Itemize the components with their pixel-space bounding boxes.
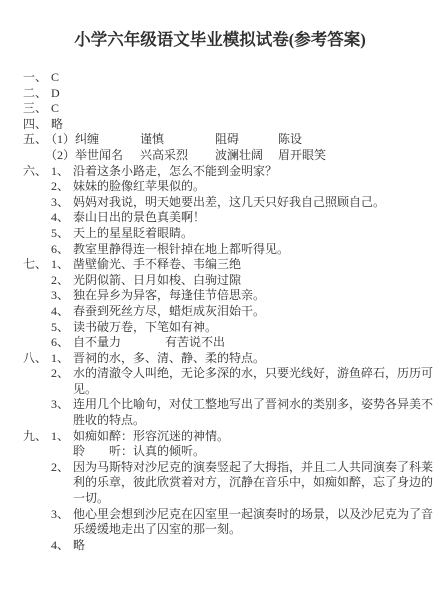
item-number: 1、 (51, 164, 73, 180)
answer-row: 3、 连用几个比喻句，对仗工整地写出了晋祠水的类别多，姿势各异美不胜收的特点。 (23, 397, 437, 428)
word-list: 纠缠谨慎阻碍陈设 (75, 132, 437, 148)
word: 陈设 (278, 132, 302, 148)
item-text: 天上的星星眨着眼睛。 (73, 226, 437, 242)
word: 阻碍 (215, 132, 278, 148)
item-text: 晋祠的水，多、清、静、柔的特点。 (73, 351, 437, 367)
section-label: 八、 (23, 351, 51, 367)
item-number: 1、 (51, 351, 73, 367)
item-number: 5、 (51, 226, 73, 242)
answer-row: （2） 举世闻名兴高采烈波澜壮阔眉开眼笑 (23, 148, 437, 164)
item-number: 3、 (51, 195, 73, 211)
answer-row: 八、 1、 晋祠的水，多、清、静、柔的特点。 (23, 351, 437, 367)
answer-row: 3、 妈妈对我说，明天她要出差，这几天只好我自己照顾自己。 (23, 195, 437, 211)
answer-text: 略 (51, 117, 437, 133)
item-text: 自不量力有苦说不出 (73, 335, 437, 351)
item-number: （1） (45, 132, 75, 148)
word: 眉开眼笑 (278, 148, 326, 164)
item-text: 妈妈对我说，明天她要出差，这几天只好我自己照顾自己。 (73, 195, 437, 211)
answer-row: 一、 C (23, 70, 437, 86)
item-text: 水的清澈令人叫绝，无论多深的水，只要光线好，游鱼碎石，历历可见。 (73, 366, 437, 397)
word: 谨慎 (140, 132, 215, 148)
answer-row: 三、 C (23, 101, 437, 117)
exam-answer-sheet: 小学六年级语文毕业模拟试卷(参考答案) 一、 C 二、 D 三、 C 四、 略 … (0, 0, 440, 590)
item-text: 他心里会想到沙尼克在囚室里一起演奏时的场景，以及沙尼克为了音乐缓缓地走出了囚室的… (73, 507, 437, 538)
item-text: 泰山日出的景色真美啊！ (73, 210, 437, 226)
item-text: 连用几个比喻句，对仗工整地写出了晋祠水的类别多，姿势各异美不胜收的特点。 (73, 397, 437, 428)
answer-row: 五、 （1） 纠缠谨慎阻碍陈设 (23, 132, 437, 148)
answer-row: 4、 泰山日出的景色真美啊！ (23, 210, 437, 226)
item-number: 2、 (51, 179, 73, 195)
item-number: 4、 (51, 538, 73, 554)
section-label: 九、 (23, 429, 51, 445)
section-label: 三、 (23, 101, 51, 117)
answer-row: 七、 1、 凿壁偷光、手不释卷、韦编三绝 (23, 257, 437, 273)
item-number: 2、 (51, 273, 73, 289)
answer-row: 二、 D (23, 86, 437, 102)
definition-line: 如痴如醉：形容沉迷的神情。 (73, 429, 437, 445)
word: 举世闻名 (75, 148, 140, 164)
item-text: 读书破万卷，下笔如有神。 (73, 320, 437, 336)
answer-text: C (51, 70, 437, 86)
answer-content: 一、 C 二、 D 三、 C 四、 略 五、 （1） 纠缠谨慎阻碍陈设 （2） (0, 70, 440, 553)
item-number: 3、 (51, 507, 73, 523)
answer-text: D (51, 86, 437, 102)
word: 波澜壮阔 (215, 148, 278, 164)
answer-row: 九、 1、 如痴如醉：形容沉迷的神情。聆 听：认真的倾听。 (23, 429, 437, 460)
section-label: 七、 (23, 257, 51, 273)
answer-row: 2、 光阴似箭、日月如梭、白驹过隙 (23, 273, 437, 289)
item-text: 略 (73, 538, 437, 554)
item-number: 3、 (51, 397, 73, 413)
item-text: 因为马斯特对沙尼克的演奏竖起了大拇指，并且二人共同演奏了科莱利的乐章，彼此欣赏着… (73, 460, 437, 507)
item-number: 2、 (51, 366, 73, 382)
page-title: 小学六年级语文毕业模拟试卷(参考答案) (0, 0, 440, 51)
section-label: 一、 (23, 70, 51, 86)
answer-text: C (51, 101, 437, 117)
item-number: 5、 (51, 320, 73, 336)
section-label: 二、 (23, 86, 51, 102)
item-text: 凿壁偷光、手不释卷、韦编三绝 (73, 257, 437, 273)
answer-row: 4、 略 (23, 538, 437, 554)
item-text: 光阴似箭、日月如梭、白驹过隙 (73, 273, 437, 289)
answer-row: 2、 妹妹的脸像红苹果似的。 (23, 179, 437, 195)
item-number: 3、 (51, 288, 73, 304)
idiom-left: 自不量力 (73, 335, 165, 351)
item-number: 4、 (51, 304, 73, 320)
answer-row: 3、 独在异乡为异客，每逢佳节倍思亲。 (23, 288, 437, 304)
answer-row: 5、 天上的星星眨着眼睛。 (23, 226, 437, 242)
item-text: 教室里静得连一根针掉在地上都听得见。 (73, 242, 437, 258)
item-text: 沿着这条小路走，怎么不能到金明家？ (73, 164, 437, 180)
word-list: 举世闻名兴高采烈波澜壮阔眉开眼笑 (75, 148, 437, 164)
item-text: 如痴如醉：形容沉迷的神情。聆 听：认真的倾听。 (73, 429, 437, 460)
item-number: 1、 (51, 429, 73, 445)
item-text: 春蚕到死丝方尽，蜡炬成灰泪始干。 (73, 304, 437, 320)
answer-row: 2、 水的清澈令人叫绝，无论多深的水，只要光线好，游鱼碎石，历历可见。 (23, 366, 437, 397)
answer-row: 5、 读书破万卷，下笔如有神。 (23, 320, 437, 336)
item-number: 6、 (51, 335, 73, 351)
item-text: 独在异乡为异客，每逢佳节倍思亲。 (73, 288, 437, 304)
answer-row: 六、 1、 沿着这条小路走，怎么不能到金明家？ (23, 164, 437, 180)
answer-row: 四、 略 (23, 117, 437, 133)
item-number: 1、 (51, 257, 73, 273)
answer-row: 6、 自不量力有苦说不出 (23, 335, 437, 351)
section-label: 六、 (23, 164, 51, 180)
answer-row: 2、 因为马斯特对沙尼克的演奏竖起了大拇指，并且二人共同演奏了科莱利的乐章，彼此… (23, 460, 437, 507)
answer-row: 3、 他心里会想到沙尼克在囚室里一起演奏时的场景，以及沙尼克为了音乐缓缓地走出了… (23, 507, 437, 538)
item-text: 妹妹的脸像红苹果似的。 (73, 179, 437, 195)
item-number: 6、 (51, 242, 73, 258)
section-label: 四、 (23, 117, 51, 133)
item-number: 4、 (51, 210, 73, 226)
answer-row: 4、 春蚕到死丝方尽，蜡炬成灰泪始干。 (23, 304, 437, 320)
item-number: 2、 (51, 460, 73, 476)
item-number: （2） (45, 148, 75, 164)
definition-line: 聆 听：认真的倾听。 (73, 444, 437, 460)
idiom-right: 有苦说不出 (165, 335, 225, 349)
word: 兴高采烈 (140, 148, 215, 164)
answer-row: 6、 教室里静得连一根针掉在地上都听得见。 (23, 242, 437, 258)
word: 纠缠 (75, 132, 140, 148)
